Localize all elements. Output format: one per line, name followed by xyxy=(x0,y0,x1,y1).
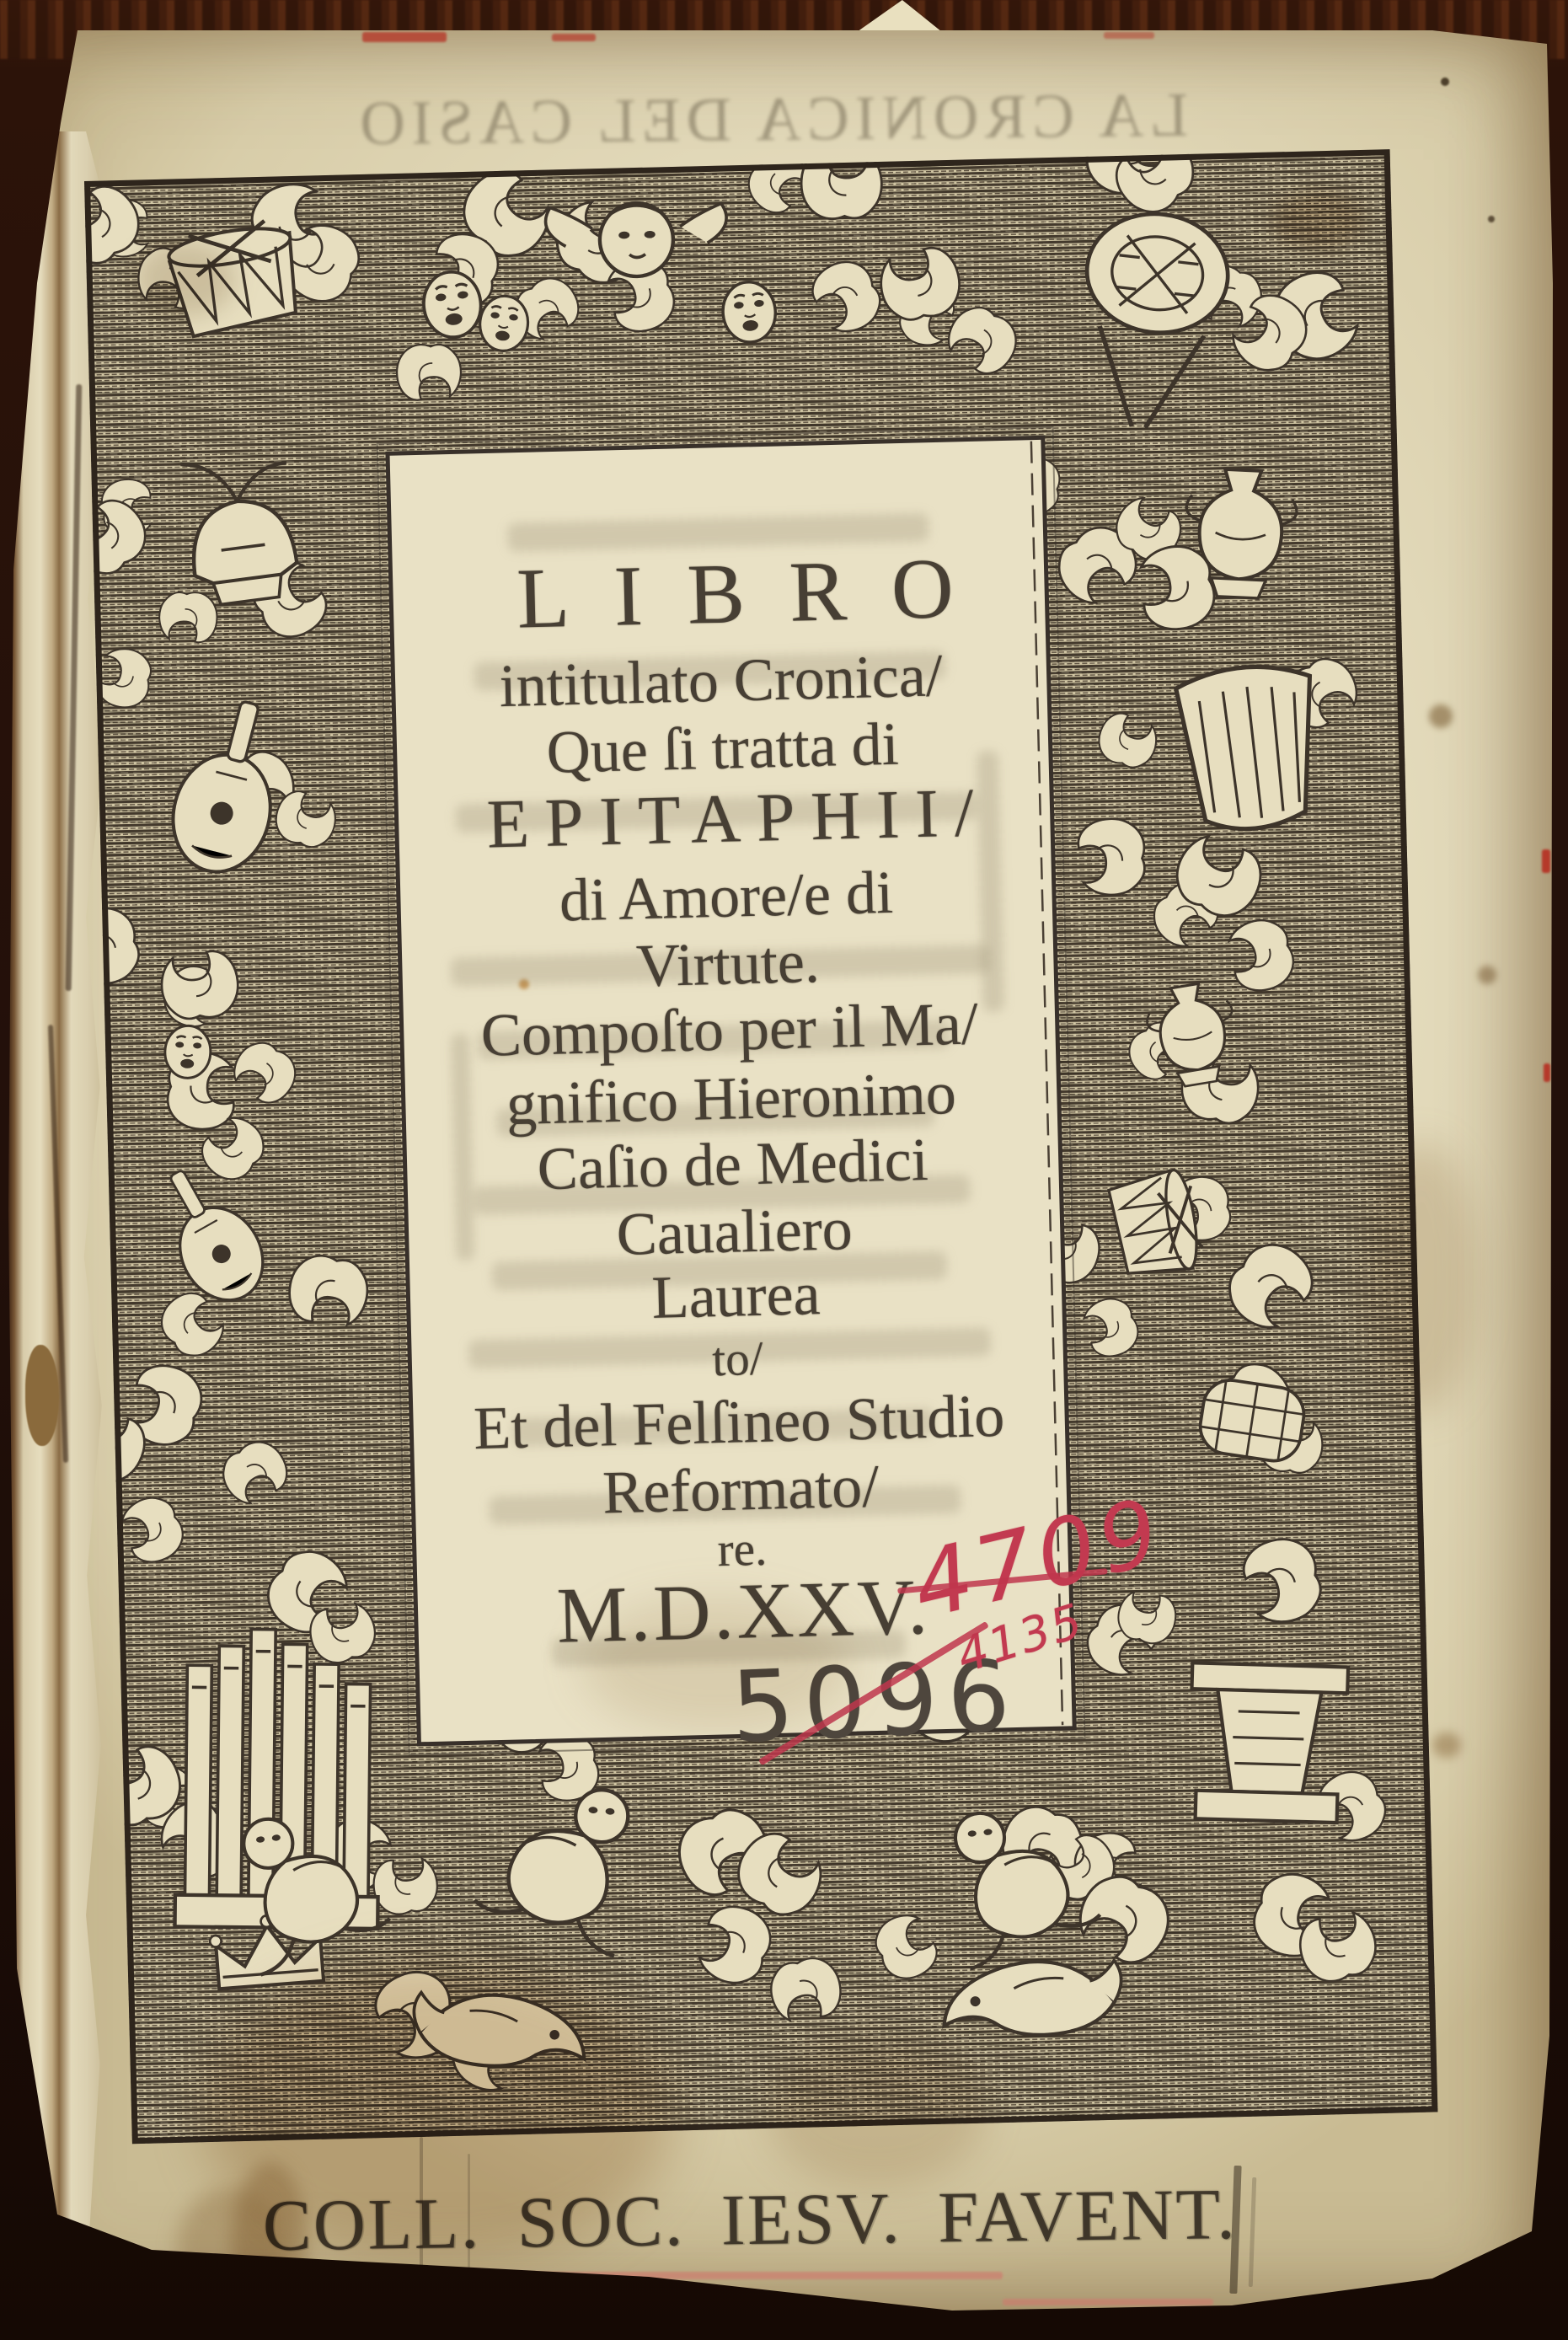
mask-motif xyxy=(163,1025,211,1079)
red-edge-fleck xyxy=(1544,1063,1550,1082)
barrel-motif xyxy=(1196,1377,1308,1465)
stain-blot xyxy=(1432,1732,1461,1758)
book-page: LA CRONICA DEL CASIO xyxy=(8,30,1553,2311)
stain-blot xyxy=(1441,78,1449,86)
showthrough-verso-title: LA CRONICA DEL CASIO xyxy=(215,78,1328,162)
photograph-of-title-page: LA CRONICA DEL CASIO xyxy=(0,0,1568,2340)
stain-blot xyxy=(1478,966,1496,984)
red-edge-fleck xyxy=(1542,849,1550,873)
red-page-edge xyxy=(1104,32,1154,39)
woodcut-border-plate: LIBRO intitulato Cronica/ Que ſi tratta … xyxy=(84,149,1437,2144)
ownership-stamp: COLL. SOC. IESV. FAVENT. xyxy=(159,2170,1340,2268)
stain-blot xyxy=(1488,216,1495,222)
title-text-panel: LIBRO intitulato Cronica/ Que ſi tratta … xyxy=(388,437,1074,1744)
red-bottom-edge xyxy=(1003,2299,1213,2305)
red-page-edge xyxy=(552,34,596,41)
red-page-edge xyxy=(362,32,447,42)
title-line: LIBRO xyxy=(390,536,1087,651)
title-line: EPITAPHII/ xyxy=(396,771,1067,866)
stain-blot xyxy=(1429,704,1453,728)
paper-chip xyxy=(25,1345,59,1446)
